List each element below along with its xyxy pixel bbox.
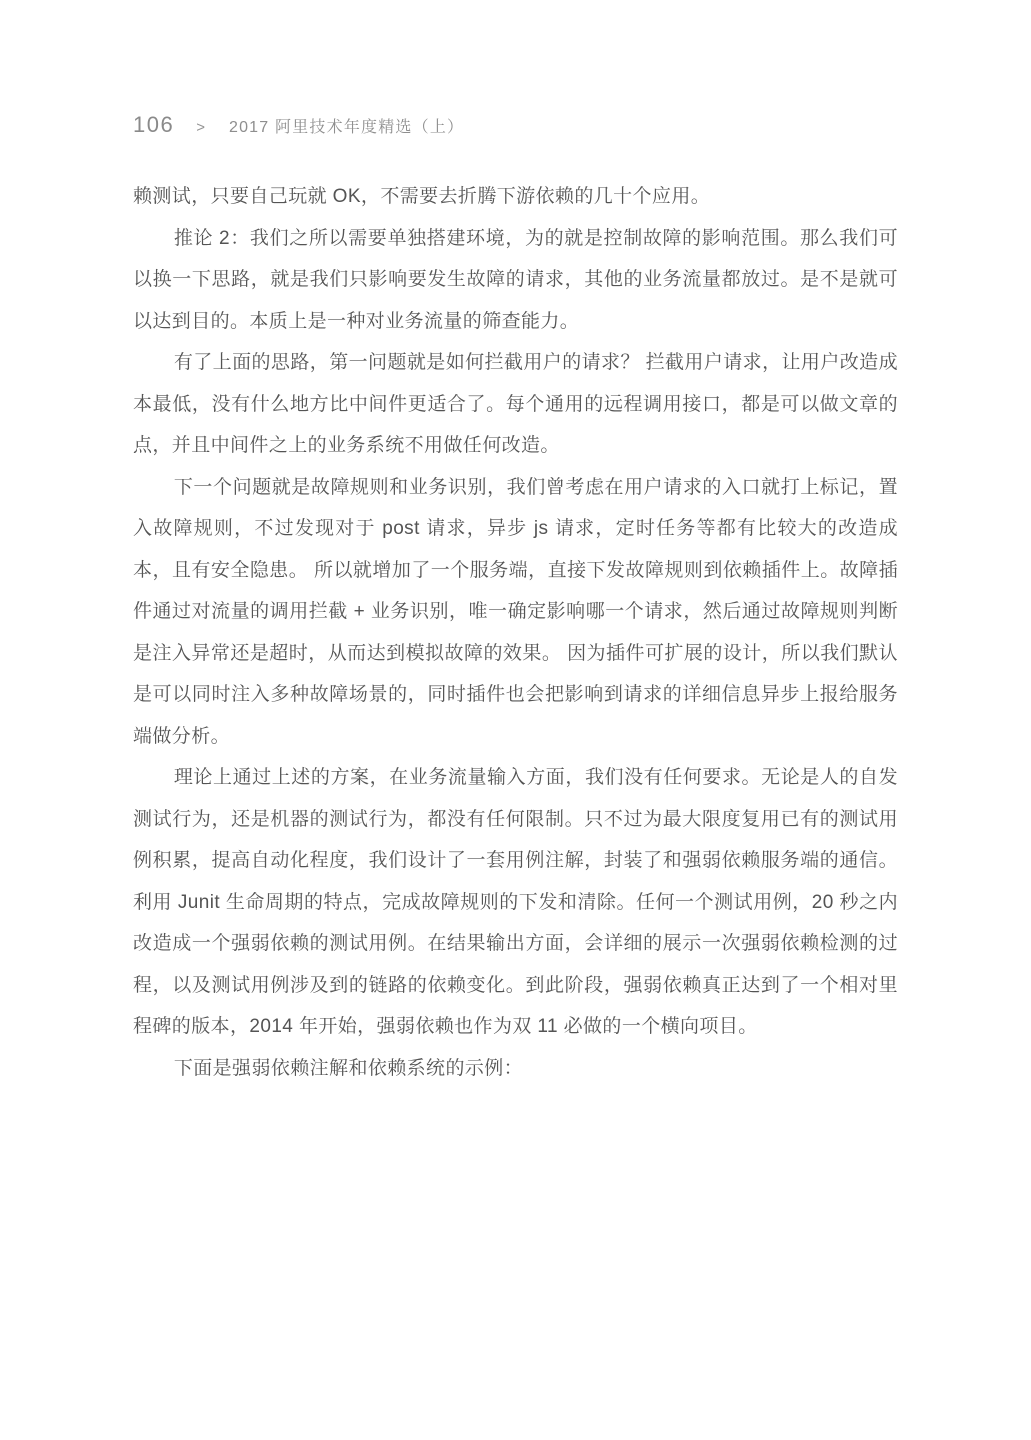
book-title: 2017 阿里技术年度精选（上） — [229, 114, 464, 137]
paragraph: 赖测试，只要自己玩就 OK，不需要去折腾下游依赖的几十个应用。 — [133, 176, 898, 218]
paragraph: 理论上通过上述的方案，在业务流量输入方面，我们没有任何要求。无论是人的自发测试行… — [133, 757, 898, 1048]
paragraph: 下面是强弱依赖注解和依赖系统的示例： — [133, 1048, 898, 1090]
paragraph: 有了上面的思路，第一问题就是如何拦截用户的请求？ 拦截用户请求，让用户改造成本最… — [133, 342, 898, 467]
document-page: 106 > 2017 阿里技术年度精选（上） 赖测试，只要自己玩就 OK，不需要… — [0, 0, 1031, 1440]
page-number: 106 — [133, 112, 174, 138]
paragraph: 推论 2：我们之所以需要单独搭建环境，为的就是控制故障的影响范围。那么我们可以换… — [133, 218, 898, 343]
breadcrumb-separator: > — [196, 119, 205, 136]
page-header: 106 > 2017 阿里技术年度精选（上） — [133, 112, 464, 138]
article-body: 赖测试，只要自己玩就 OK，不需要去折腾下游依赖的几十个应用。推论 2：我们之所… — [133, 176, 898, 1089]
paragraph: 下一个问题就是故障规则和业务识别，我们曾考虑在用户请求的入口就打上标记，置入故障… — [133, 467, 898, 758]
